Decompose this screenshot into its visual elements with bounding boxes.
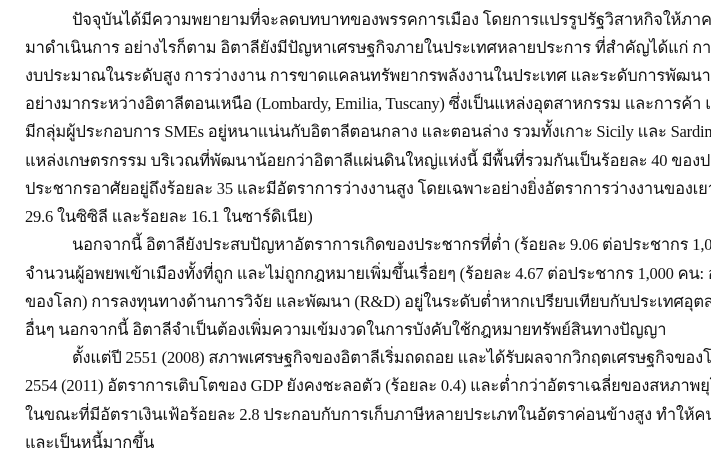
paragraph-line: 2554 (2011) อัตราการเติบโตของ GDP ยังคงช… <box>25 376 711 396</box>
document-page: ปัจจุบันได้มีความพยายามที่จะลดบทบาทของพร… <box>0 0 711 465</box>
paragraph-line: ประชากรอาศัยอยู่ถึงร้อยละ 35 และมีอัตราก… <box>25 179 711 199</box>
paragraph-line: ในขณะที่มีอัตราเงินเฟ้อร้อยละ 2.8 ประกอบ… <box>25 405 711 425</box>
paragraph-line: นอกจากนี้ อิตาลียังประสบปัญหาอัตราการเกิ… <box>72 235 711 255</box>
paragraph-line: ของโลก) การลงทุนทางด้านการวิจัย และพัฒนา… <box>25 292 711 312</box>
paragraph-line: งบประมาณในระดับสูง การว่างงาน การขาดแคลน… <box>25 66 711 86</box>
paragraph-line: มาดำเนินการ อย่างไรก็ตาม อิตาลียังมีปัญห… <box>25 38 711 58</box>
paragraph-line: และเป็นหนี้มากขึ้น <box>25 433 154 453</box>
paragraph-line: มีกลุ่มผู้ประกอบการ SMEs อยู่หนาแน่นกับอ… <box>25 122 711 142</box>
paragraph-line: อย่างมากระหว่างอิตาลีตอนเหนือ (Lombardy,… <box>25 94 711 114</box>
paragraph-line: จำนวนผู้อพยพเข้าเมืองทั้งที่ถูก และไม่ถู… <box>25 264 711 284</box>
paragraph-line: อื่นๆ นอกจากนี้ อิตาลีจำเป็นต้องเพิ่มควา… <box>25 320 666 340</box>
paragraph-line: 29.6 ในซิซิลี และร้อยละ 16.1 ในซาร์ดิเนี… <box>25 207 313 227</box>
paragraph-line: ตั้งแต่ปี 2551 (2008) สภาพเศรษฐกิจของอิต… <box>72 348 711 368</box>
paragraph-line: ปัจจุบันได้มีความพยายามที่จะลดบทบาทของพร… <box>72 10 711 30</box>
paragraph-line: แหล่งเกษตรกรรม บริเวณที่พัฒนาน้อยกว่าอิต… <box>25 151 711 171</box>
